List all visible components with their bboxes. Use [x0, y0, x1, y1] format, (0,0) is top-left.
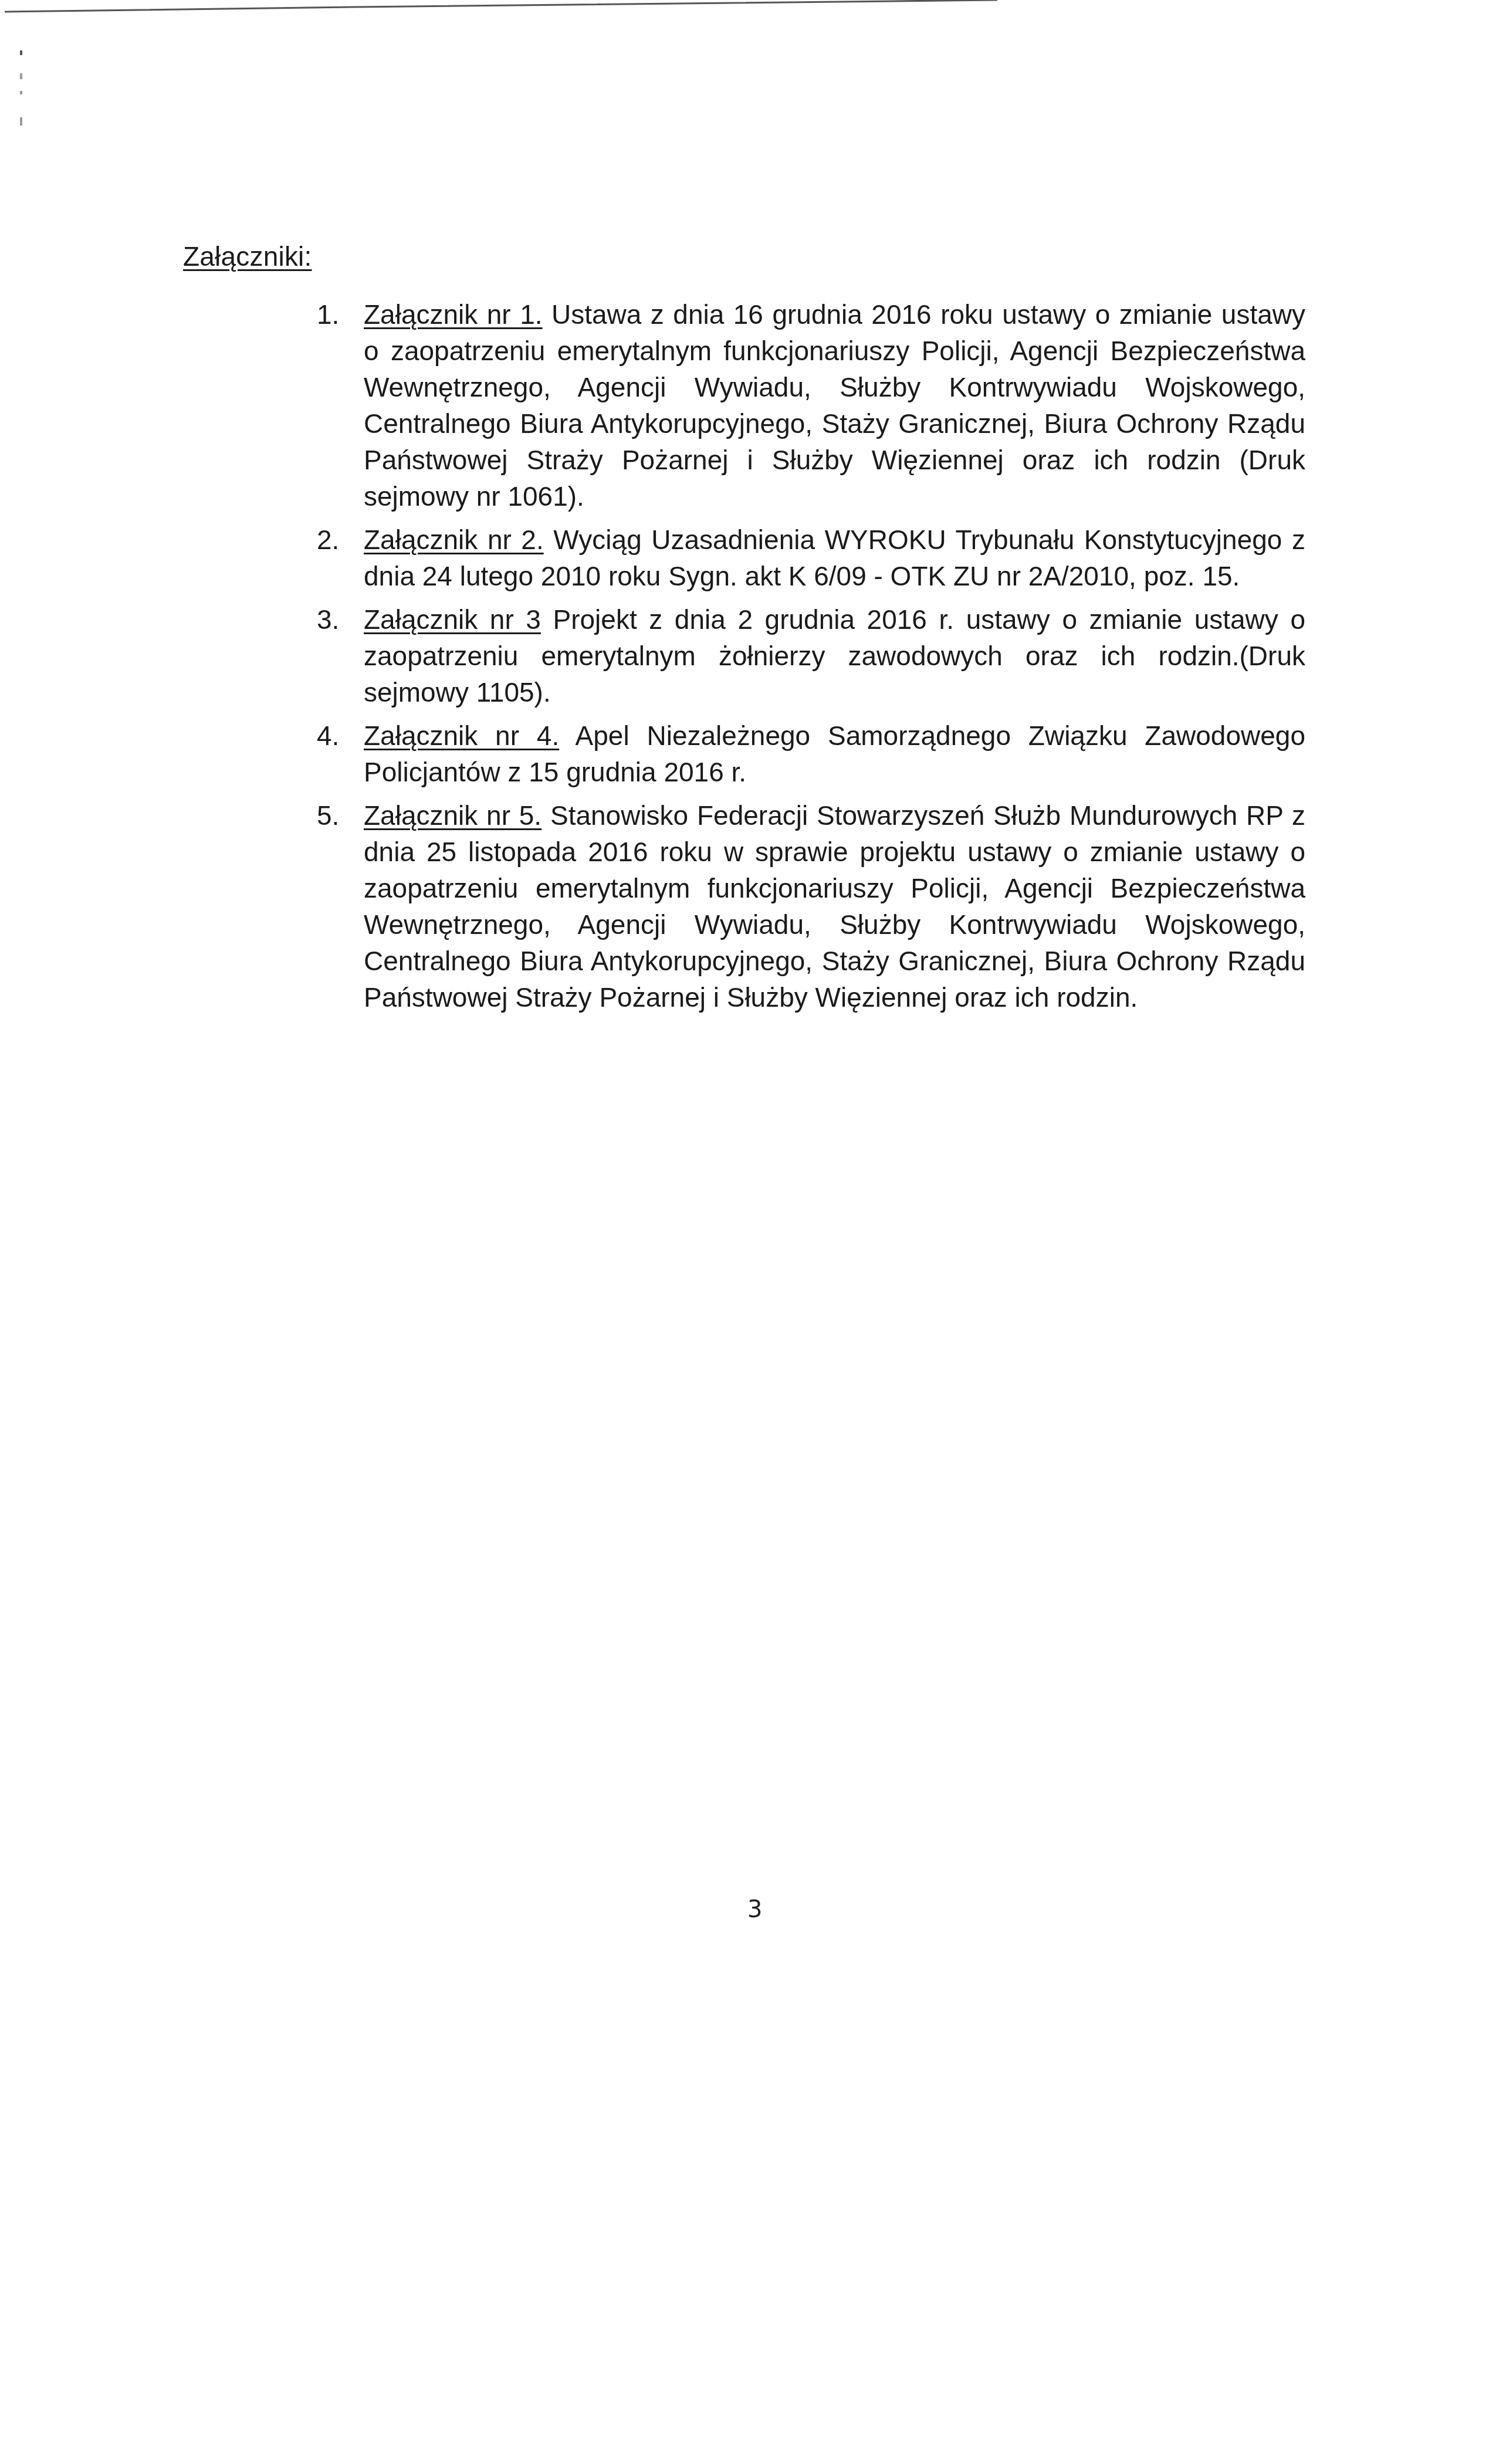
item-number: 4.: [317, 717, 339, 754]
attachment-label: Załącznik nr 2.: [364, 524, 544, 555]
attachment-item: 5. Załącznik nr 5. Stanowisko Federacji …: [317, 797, 1305, 1016]
attachment-label: Załącznik nr 1.: [364, 299, 543, 330]
attachment-item: 2. Załącznik nr 2. Wyciąg Uzasadnienia W…: [317, 522, 1305, 594]
scan-edge-line: [0, 0, 997, 14]
item-number: 1.: [317, 296, 339, 333]
attachment-item: 3. Załącznik nr 3 Projekt z dnia 2 grudn…: [317, 601, 1305, 710]
attachment-item: 4. Załącznik nr 4. Apel Niezależnego Sam…: [317, 717, 1305, 790]
attachment-label: Załącznik nr 4.: [364, 720, 559, 751]
attachments-heading: Załączniki:: [183, 241, 312, 272]
attachment-description: Ustawa z dnia 16 grudnia 2016 roku ustaw…: [364, 299, 1305, 512]
page-number: 3: [747, 1896, 762, 1923]
binder-hole-marks: [20, 41, 27, 147]
attachments-list: 1. Załącznik nr 1. Ustawa z dnia 16 grud…: [317, 296, 1305, 1023]
item-number: 2.: [317, 522, 339, 558]
item-number: 5.: [317, 797, 339, 834]
attachment-label: Załącznik nr 5.: [364, 800, 541, 831]
attachment-description: Stanowisko Federacji Stowarzyszeń Służb …: [364, 800, 1305, 1013]
item-number: 3.: [317, 601, 339, 638]
attachment-label: Załącznik nr 3: [364, 604, 541, 635]
attachment-item: 1. Załącznik nr 1. Ustawa z dnia 16 grud…: [317, 296, 1305, 515]
